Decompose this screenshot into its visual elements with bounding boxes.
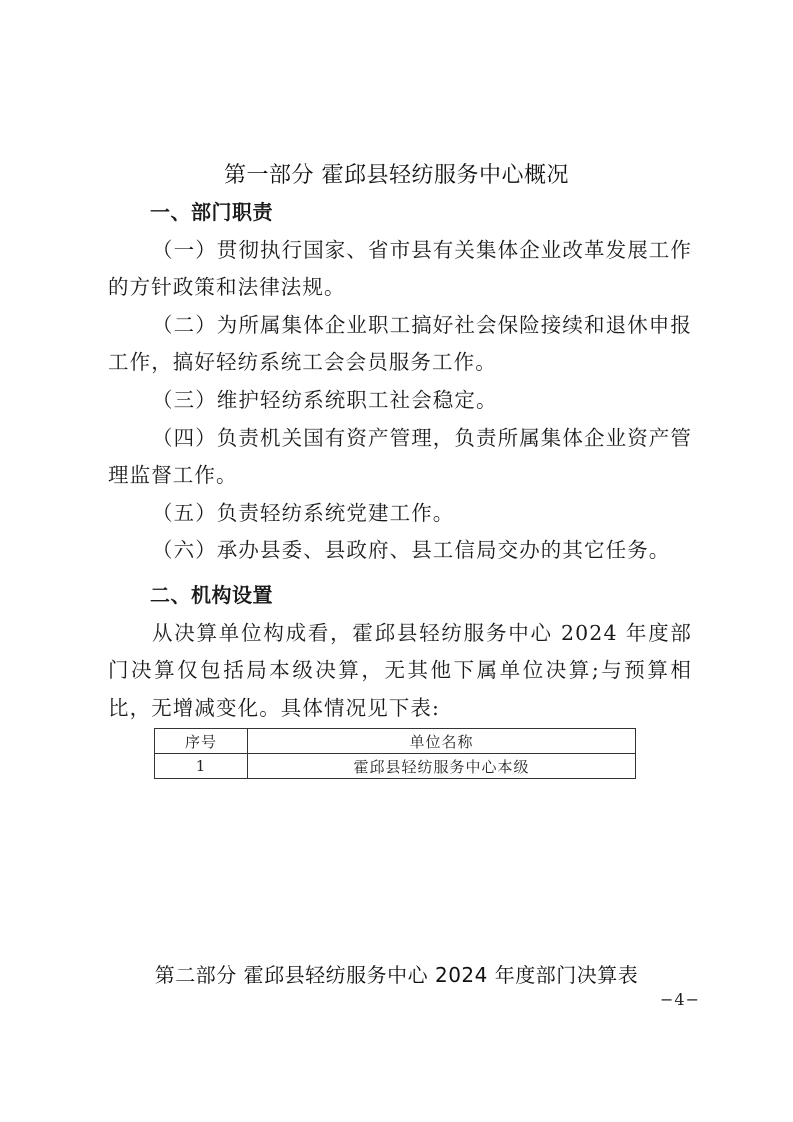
section-organization: 二、机构设置 从决算单位构成看，霍邱县轻纺服务中心 2024 年度部门决算仅包括… — [108, 577, 692, 727]
part1-title: 第一部分 霍邱县轻纺服务中心概况 — [0, 158, 793, 189]
part2-title: 第二部分 霍邱县轻纺服务中心 2024 年度部门决算表 — [0, 959, 793, 988]
table-header-row: 序号 单位名称 — [155, 729, 636, 754]
table-header-index: 序号 — [155, 729, 248, 754]
table-cell-unit-name: 霍邱县轻纺服务中心本级 — [248, 754, 636, 779]
table-row: 1 霍邱县轻纺服务中心本级 — [155, 754, 636, 779]
document-page: 第一部分 霍邱县轻纺服务中心概况 一、部门职责 （一）贯彻执行国家、省市县有关集… — [0, 0, 793, 1122]
duty-item-4: （四）负责机关国有资产管理，负责所属集体企业资产管理监督工作。 — [108, 420, 692, 495]
section1-heading: 一、部门职责 — [108, 194, 692, 232]
table-header-unit-name: 单位名称 — [248, 729, 636, 754]
duty-item-5: （五）负责轻纺系统党建工作。 — [108, 495, 692, 533]
unit-table: 序号 单位名称 1 霍邱县轻纺服务中心本级 — [154, 728, 636, 779]
duty-item-6: （六）承办县委、县政府、县工信局交办的其它任务。 — [108, 532, 692, 570]
section-department-duties: 一、部门职责 （一）贯彻执行国家、省市县有关集体企业改革发展工作的方针政策和法律… — [108, 194, 692, 570]
page-number: −4− — [660, 990, 700, 1009]
duty-item-1: （一）贯彻执行国家、省市县有关集体企业改革发展工作的方针政策和法律法规。 — [108, 232, 692, 307]
table-cell-index: 1 — [155, 754, 248, 779]
duty-item-2: （二）为所属集体企业职工搞好社会保险接续和退休申报工作，搞好轻纺系统工会会员服务… — [108, 307, 692, 382]
section2-heading: 二、机构设置 — [108, 577, 692, 615]
duty-item-3: （三）维护轻纺系统职工社会稳定。 — [108, 382, 692, 420]
organization-paragraph: 从决算单位构成看，霍邱县轻纺服务中心 2024 年度部门决算仅包括局本级决算，无… — [108, 615, 692, 728]
